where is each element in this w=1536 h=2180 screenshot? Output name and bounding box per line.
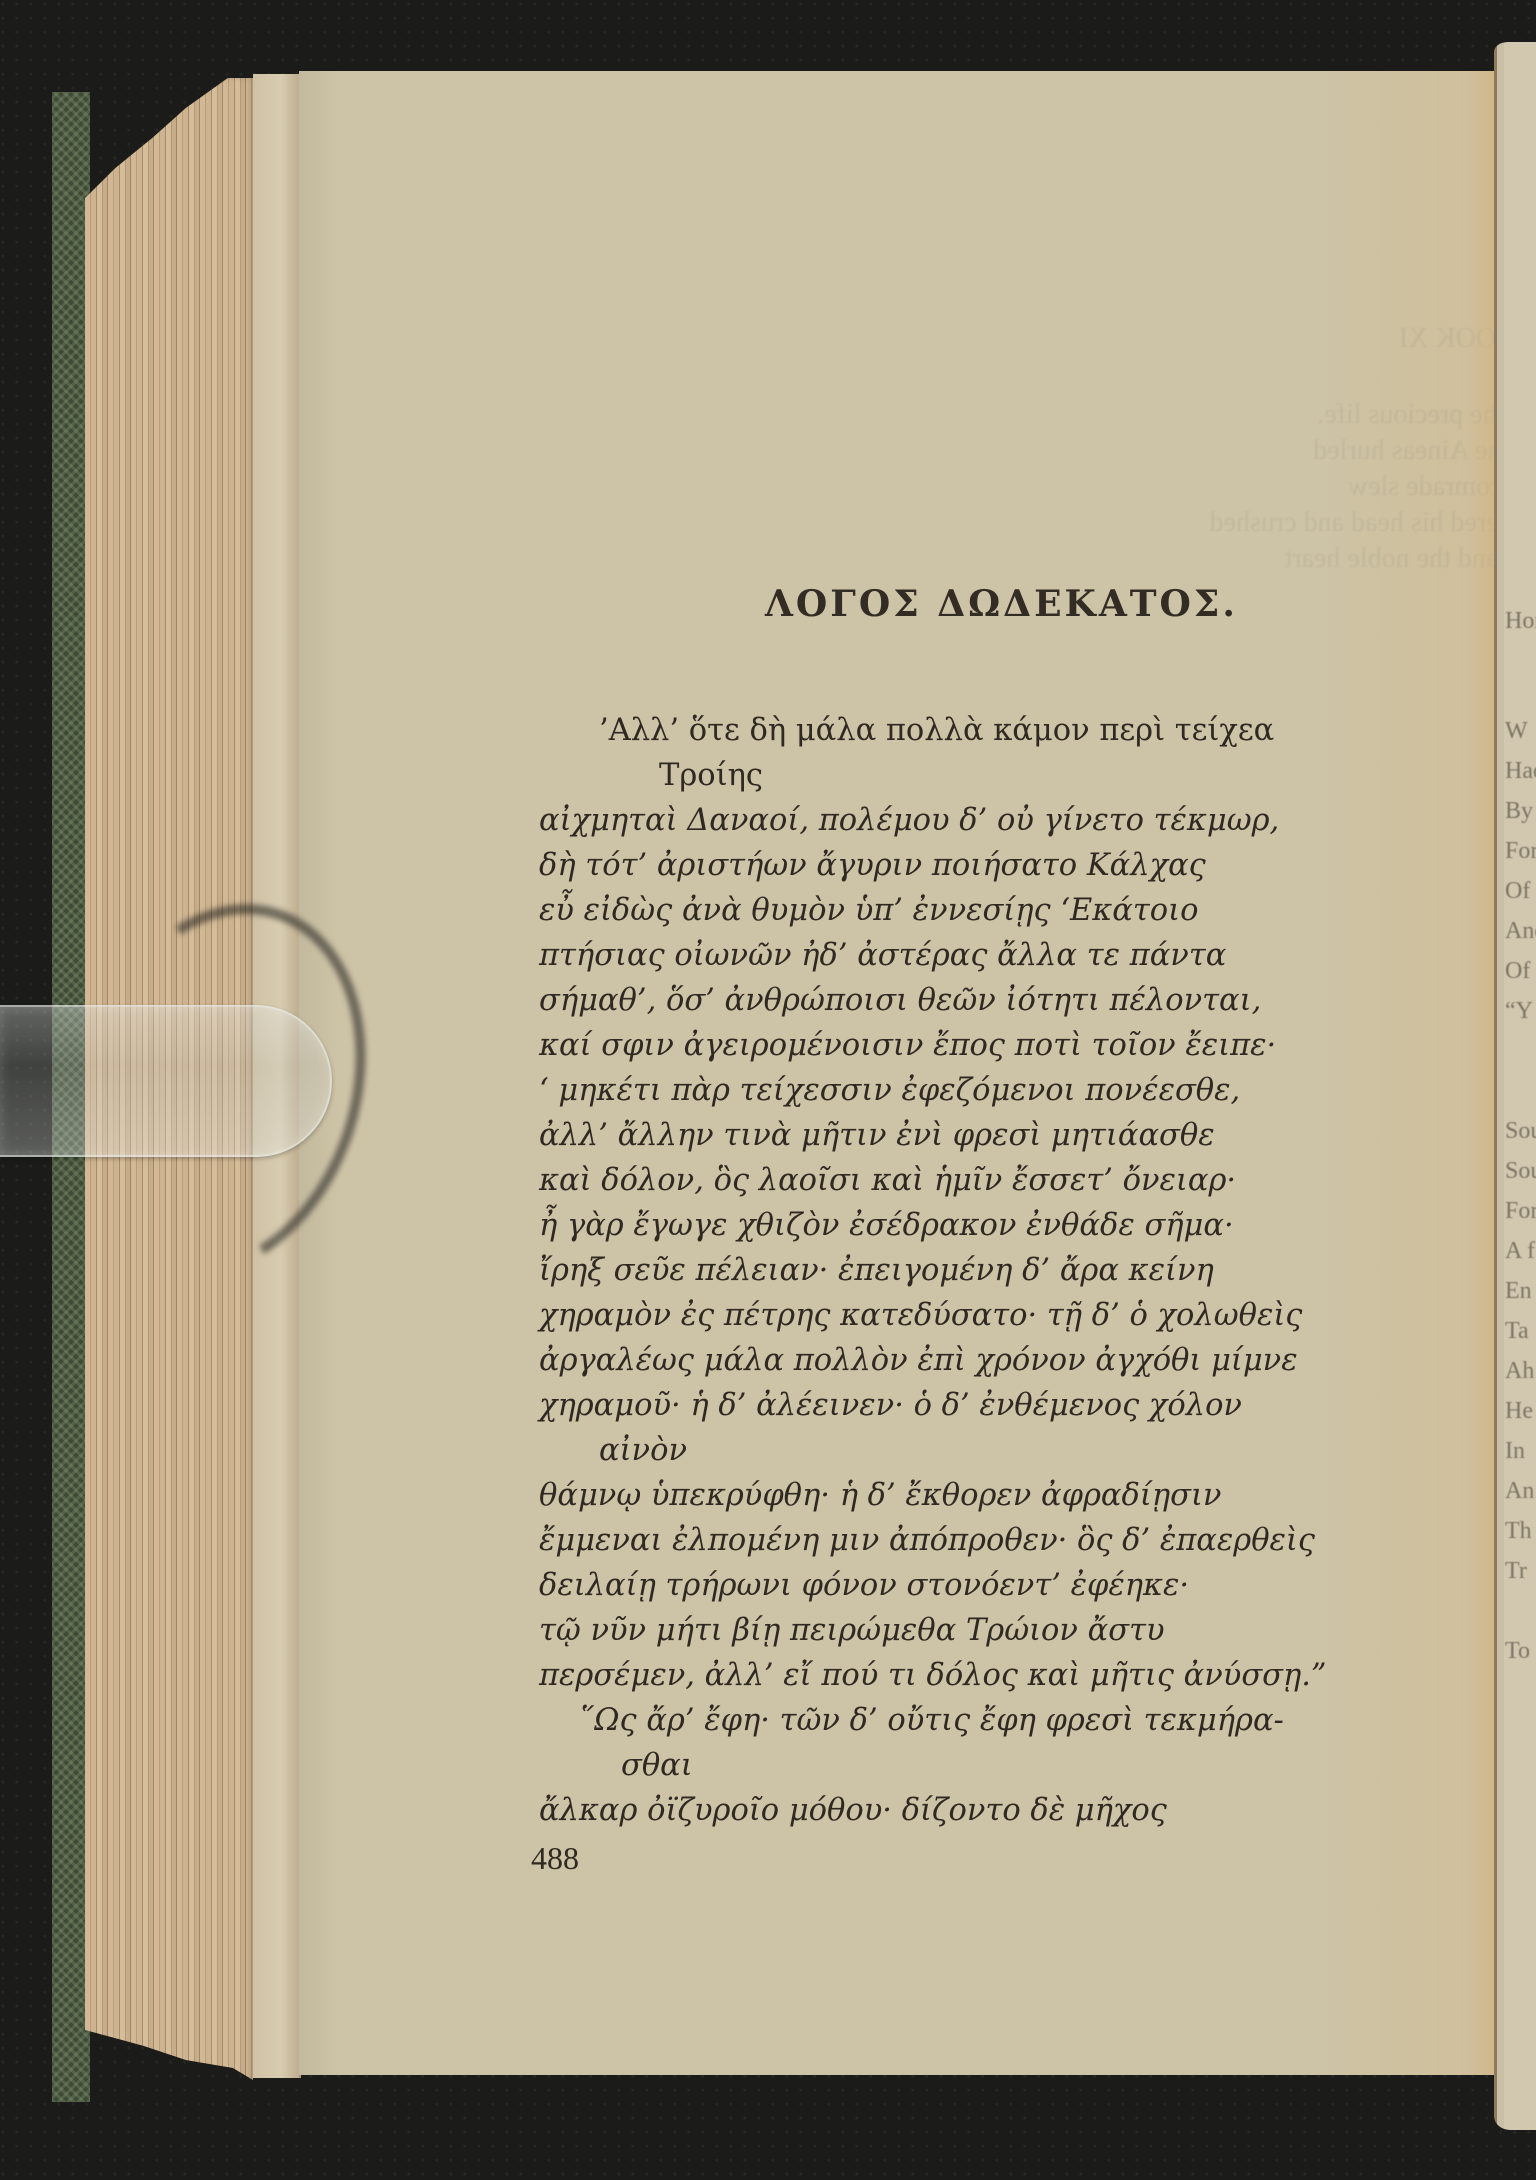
facing-page-text-fragment: For	[1505, 1198, 1536, 1225]
facing-page-text-fragment: And	[1505, 918, 1536, 945]
verse-line: δειλαίῃ τρήρωνι φόνον στονόεντ’ ἐφέηκε·	[539, 1568, 1189, 1603]
facing-page-text-fragment: Th	[1505, 1518, 1532, 1545]
verse-line: ἔμμεναι ἐλπομένη μιν ἀπόπροθεν· ὃς δ’ ἐπ…	[539, 1523, 1315, 1558]
facing-page-text-fragment: To	[1505, 1638, 1530, 1665]
facing-page-edge: HomWHadByForOfAndOf“YSouSouForA fEnTaAhH…	[1494, 42, 1536, 2130]
facing-page-text-fragment: By	[1505, 798, 1533, 825]
verse-line: σήμαθ’, ὅσ’ ἀνθρώποισι θεῶν ἰότητι πέλον…	[539, 983, 1261, 1018]
facing-page-text-fragment: Ta	[1505, 1318, 1529, 1345]
verse-line: χηραμὸν ἐς πέτρης κατεδύσατο· τῇ δ’ ὁ χο…	[539, 1298, 1302, 1333]
verse-line: ἴρηξ σεῦε πέλειαν· ἐπειγομένη δ’ ἄρα κεί…	[539, 1253, 1214, 1288]
book-page-488: THE FALL OF TROY, BOOK XIAnd led away fr…	[299, 71, 1494, 2075]
verse-line: Τροίης	[659, 758, 763, 793]
facing-page-text-fragment: Of	[1505, 958, 1530, 985]
facing-page-text-fragment: An	[1505, 1478, 1534, 1505]
facing-page-text-fragment: Ah	[1505, 1358, 1534, 1385]
facing-page-text-fragment: Of	[1505, 878, 1530, 905]
verse-line: χηραμοῦ· ἡ δ’ ἀλέεινεν· ὁ δ’ ἐνθέμενος χ…	[539, 1388, 1242, 1423]
facing-page-text-fragment: For	[1505, 838, 1536, 865]
verse-line: σθαι	[621, 1748, 693, 1783]
verse-line: καὶ δόλον, ὃς λαοῖσι καὶ ἡμῖν ἔσσετ’ ὄνε…	[539, 1163, 1236, 1198]
facing-page-text-fragment: En	[1505, 1278, 1532, 1305]
verse-line: περσέμεν, ἀλλ’ εἴ πού τι δόλος καὶ μῆτις…	[539, 1658, 1327, 1693]
verse-line: ἀργαλέως μάλα πολλὸν ἐπὶ χρόνον ἀγχόθι μ…	[539, 1343, 1298, 1378]
facing-page-text-fragment: W	[1505, 718, 1528, 745]
verse-line: δὴ τότ’ ἀριστήων ἄγυριν ποιήσατο Κάλχας	[539, 848, 1206, 883]
facing-page-text-fragment: Tr	[1505, 1558, 1527, 1585]
facing-page-text-fragment: A f	[1505, 1238, 1535, 1265]
verse-line: τῷ νῦν μήτι βίῃ πειρώμεθα Τρώιον ἄστυ	[539, 1613, 1165, 1648]
verse-line: αἰνὸν	[599, 1433, 687, 1468]
facing-page-text-fragment: “Y	[1505, 998, 1533, 1025]
verse-line: ’Αλλ’ ὅτε δὴ μάλα πολλὰ κάμον περὶ τείχε…	[599, 713, 1274, 748]
verse-line: ‘ μηκέτι πὰρ τείχεσσιν ἐφεζόμενοι πονέεσ…	[539, 1073, 1240, 1108]
verse-line: ἦ γὰρ ἔγωγε χθιζὸν ἐσέδρακον ἐνθάδε σῆμα…	[539, 1208, 1234, 1243]
verse-line: θάμνῳ ὑπεκρύφθη· ἡ δ’ ἔκθορεν ἀφραδίῃσιν	[539, 1478, 1221, 1513]
facing-page-text-fragment: Sou	[1505, 1118, 1536, 1145]
clear-plastic-bookmark[interactable]	[0, 1005, 332, 1157]
verse-block: ’Αλλ’ ὅτε δὴ μάλα πολλὰ κάμον περὶ τείχε…	[539, 0, 1439, 2000]
facing-page-text-fragment: He	[1505, 1398, 1533, 1425]
verse-line: ἀλλ’ ἄλλην τινὰ μῆτιν ἐνὶ φρεσὶ μητιάασθ…	[539, 1118, 1215, 1153]
facing-page-text-fragment: Had	[1505, 758, 1536, 785]
verse-line: ἄλκαρ ὀϊζυροῖο μόθου· δίζοντο δὲ μῆχος	[539, 1793, 1167, 1828]
page-number: 488	[531, 1840, 579, 1877]
verse-line: καί σφιν ἀγειρομένοισιν ἔπος ποτὶ τοῖον …	[539, 1028, 1276, 1063]
verse-line: αἰχμηταὶ Δαναοί, πολέμου δ’ οὐ γίνετο τέ…	[539, 803, 1279, 838]
verse-line: πτήσιας οἰωνῶν ἠδ’ ἀστέρας ἄλλα τε πάντα	[539, 938, 1226, 973]
verse-line: ῞Ως ἄρ’ ἔφη· τῶν δ’ οὔτις ἔφη φρεσὶ τεκμ…	[579, 1703, 1284, 1738]
verse-line: εὖ εἰδὼς ἀνὰ θυμὸν ὑπ’ ἐννεσίῃς ‘Εκάτοιο	[539, 893, 1198, 928]
facing-page-text-fragment: Sou	[1505, 1158, 1536, 1185]
facing-page-text-fragment: In	[1505, 1438, 1525, 1465]
facing-page-text-fragment: Hom	[1505, 608, 1536, 635]
